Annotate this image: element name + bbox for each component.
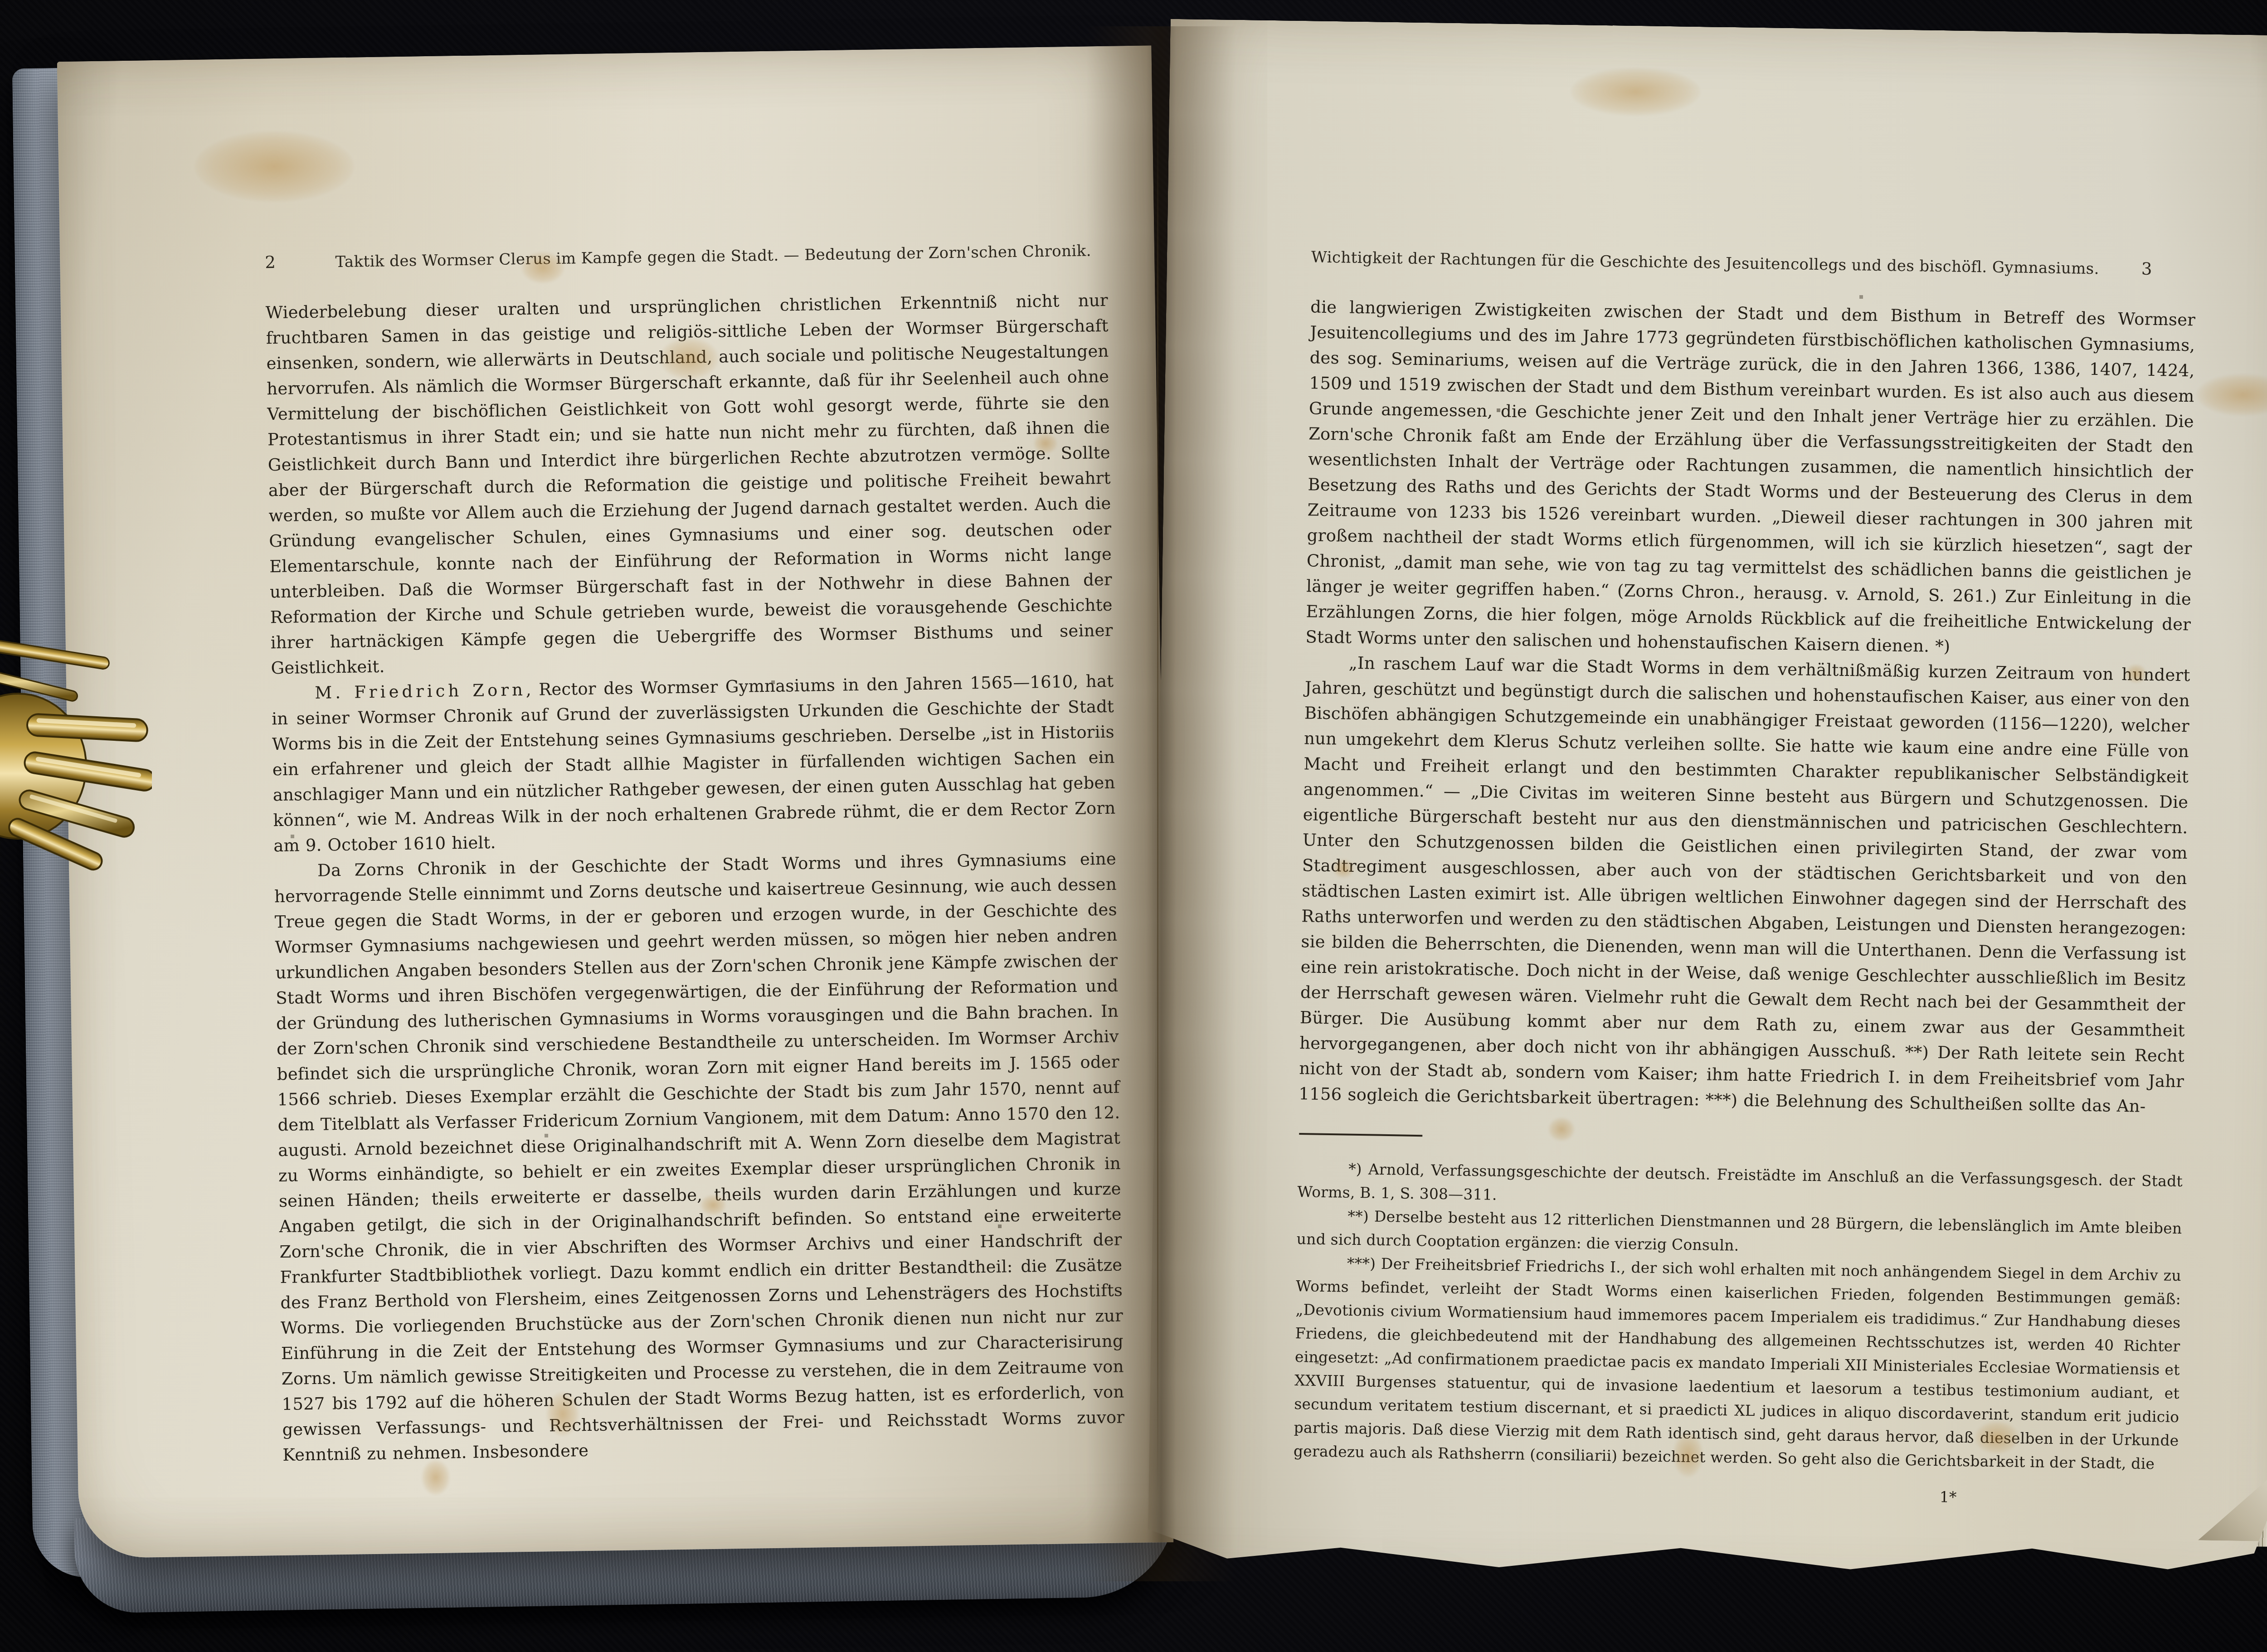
signature-mark: 1* [1293, 1478, 2178, 1509]
book-photo: { "palette": { "paper": "#ded9c9", "ink"… [0, 0, 2267, 1652]
gutter-fold-line [1157, 91, 1158, 1496]
left-header-text: Taktik des Wormser Clerus im Kampfe gege… [319, 242, 1107, 272]
paragraph: Da Zorns Chronik in der Geschichte der S… [274, 846, 1125, 1468]
paragraph: „In raschem Lauf war die Stadt Worms in … [1299, 650, 2190, 1120]
right-running-header: Wichtigkeit der Rachtungen für die Gesch… [1311, 247, 2196, 279]
right-header-text: Wichtigkeit der Rachtungen für die Gesch… [1311, 248, 2099, 278]
right-page-body: die langwierigen Zwistigkeiten zwischen … [1299, 294, 2195, 1120]
right-page: Wichtigkeit der Rachtungen für die Gesch… [1148, 19, 2267, 1596]
footnote-rule [1299, 1133, 1422, 1137]
dust-specks [0, 0, 2, 2]
paragraph: die langwierigen Zwistigkeiten zwischen … [1305, 294, 2195, 663]
left-running-header: 2 Taktik des Wormser Clerus im Kampfe ge… [265, 240, 1107, 272]
brass-clasp-icon [0, 617, 152, 918]
right-page-number: 3 [2099, 258, 2194, 279]
left-page: 2 Taktik des Wormser Clerus im Kampfe ge… [57, 45, 1174, 1558]
left-page-number: 2 [265, 252, 320, 272]
footnotes: *) Arnold, Verfassungsgeschichte der deu… [1293, 1133, 2183, 1509]
footnote: ***) Der Freiheitsbrief Friedrichs I., d… [1293, 1251, 2181, 1476]
left-page-body: Wiederbelebung dieser uralten und ursprü… [265, 288, 1125, 1468]
paragraph: Wiederbelebung dieser uralten und ursprü… [265, 288, 1113, 681]
dog-eared-corner [2196, 1472, 2267, 1542]
spaced-name: M. Friedrich Zorn [315, 680, 526, 703]
paragraph: M. Friedrich Zorn, Rector des Wormser Gy… [271, 669, 1116, 859]
